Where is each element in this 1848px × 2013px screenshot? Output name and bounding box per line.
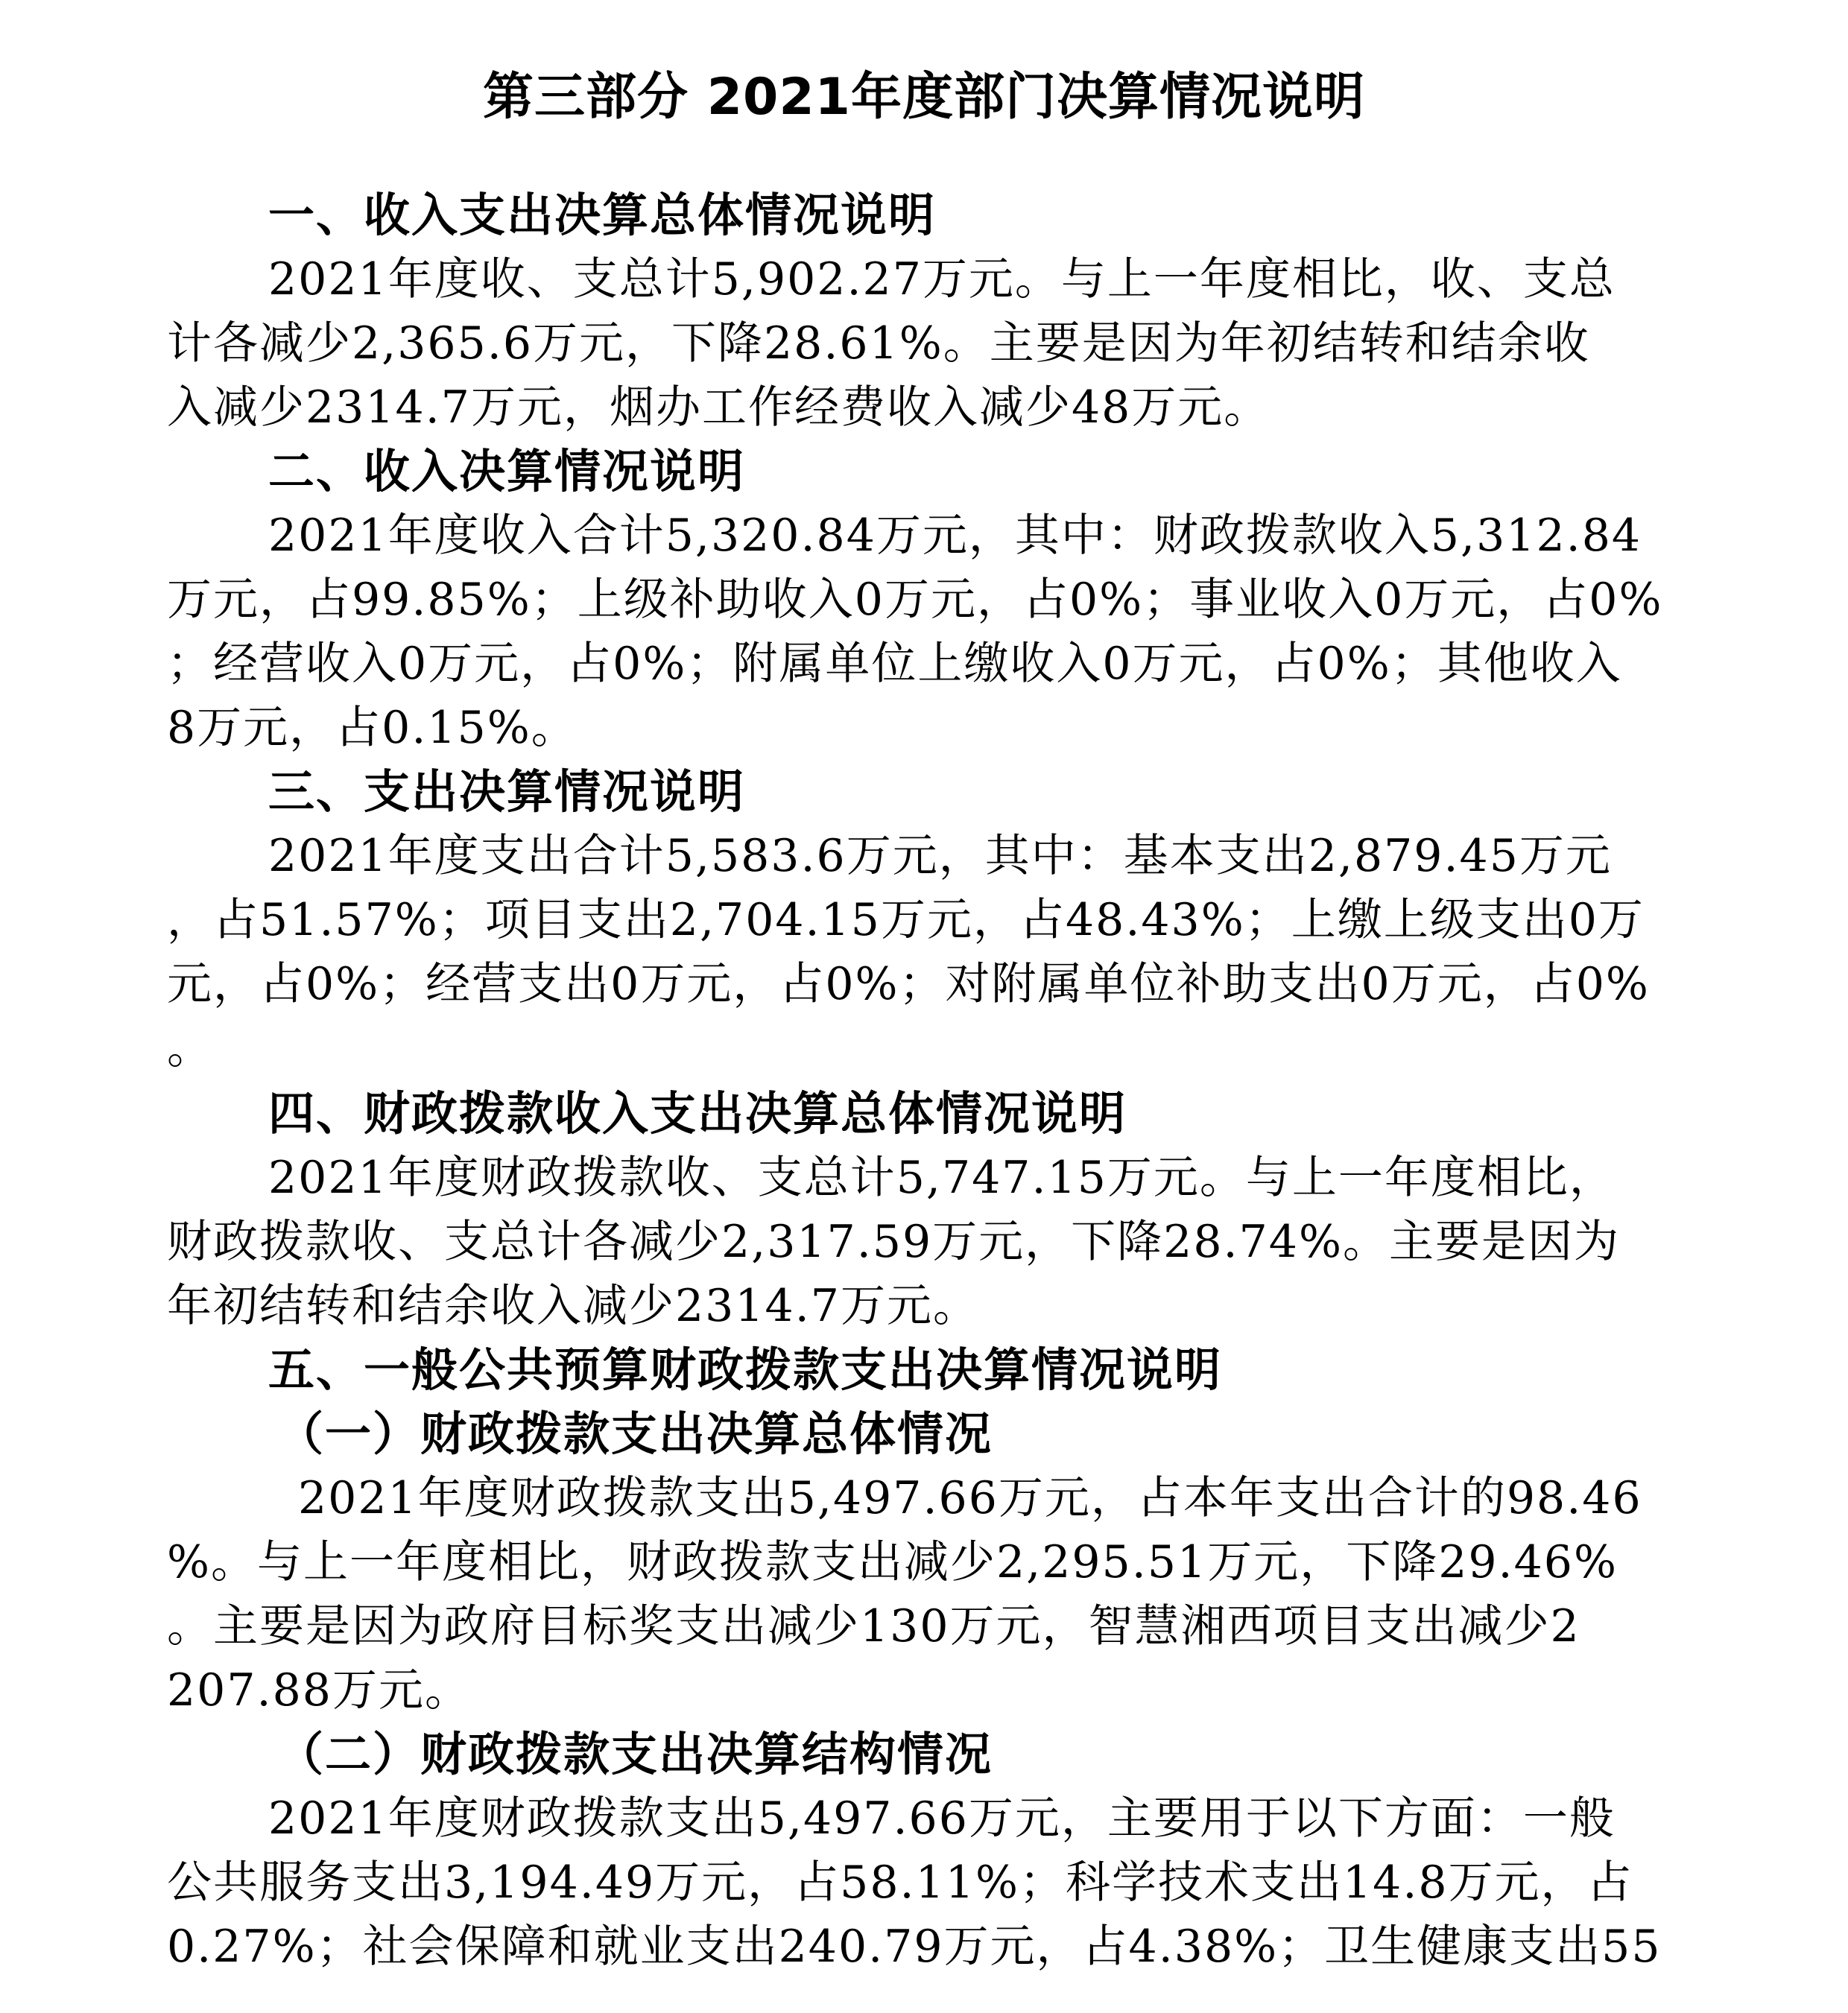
paragraph-line: 计各减少2,365.6万元，下降28.61%。主要是因为年初结转和结余收 bbox=[167, 311, 1665, 375]
paragraph-line: 财政拨款收、支总计各减少2,317.59万元，下降28.74%。主要是因为 bbox=[167, 1210, 1665, 1274]
paragraph-line: 元，占0%；经营支出0万元，占0%；对附属单位补助支出0万元，占0% bbox=[167, 952, 1665, 1016]
paragraph-line: 2021年度收入合计5,320.84万元，其中：财政拨款收入5,312.84 bbox=[268, 504, 1766, 568]
paragraph-line: %。与上一年度相比，财政拨款支出减少2,295.51万元，下降29.46% bbox=[167, 1530, 1665, 1594]
paragraph-line: 2021年度收、支总计5,902.27万元。与上一年度相比，收、支总 bbox=[268, 247, 1766, 311]
paragraph-line: 0.27%；社会保障和就业支出240.79万元，占4.38%；卫生健康支出55 bbox=[167, 1915, 1665, 1979]
page-title: 第三部分 2021年度部门决算情况说明 bbox=[0, 66, 1848, 130]
paragraph-line: 。主要是因为政府目标奖支出减少130万元，智慧湘西项目支出减少2 bbox=[167, 1594, 1665, 1658]
section-heading-5: 五、一般公共预算财政拨款支出决算情况说明 bbox=[268, 1338, 1766, 1402]
paragraph-line: 2021年度财政拨款收、支总计5,747.15万元。与上一年度相比， bbox=[268, 1146, 1766, 1210]
section-heading-4: 四、财政拨款收入支出决算总体情况说明 bbox=[268, 1082, 1766, 1146]
paragraph-line: 。 bbox=[167, 1016, 1665, 1080]
section-heading-3: 三、支出决算情况说明 bbox=[268, 760, 1766, 824]
section-heading-2: 二、收入决算情况说明 bbox=[268, 440, 1766, 504]
paragraph-line: 万元，占99.85%；上级补助收入0万元，占0%；事业收入0万元，占0% bbox=[167, 568, 1665, 632]
paragraph-line: 207.88万元。 bbox=[167, 1658, 1665, 1722]
paragraph-line: 年初结转和结余收入减少2314.7万元。 bbox=[167, 1274, 1665, 1338]
paragraph-line: 2021年度支出合计5,583.6万元，其中：基本支出2,879.45万元 bbox=[268, 824, 1766, 888]
paragraph-line: 入减少2314.7万元，烟办工作经费收入减少48万元。 bbox=[167, 375, 1665, 440]
paragraph-line: ；经营收入0万元，占0%；附属单位上缴收入0万元，占0%；其他收入 bbox=[167, 632, 1665, 696]
section-heading-1: 一、收入支出决算总体情况说明 bbox=[268, 183, 1766, 247]
paragraph-line: 公共服务支出3,194.49万元，占58.11%；科学技术支出14.8万元，占 bbox=[167, 1851, 1665, 1915]
paragraph-line: ，占51.57%；项目支出2,704.15万元，占48.43%；上缴上级支出0万 bbox=[167, 888, 1665, 952]
paragraph-line: 2021年度财政拨款支出5,497.66万元，主要用于以下方面：一般 bbox=[268, 1787, 1766, 1851]
document-page: 第三部分 2021年度部门决算情况说明 一、收入支出决算总体情况说明 2021年… bbox=[0, 0, 1848, 2013]
paragraph-line: 8万元，占0.15%。 bbox=[167, 696, 1665, 760]
paragraph-line: 2021年度财政拨款支出5,497.66万元，占本年支出合计的98.46 bbox=[298, 1466, 1796, 1530]
subsection-heading-2: （二）财政拨款支出决算结构情况 bbox=[277, 1722, 1775, 1787]
subsection-heading-1: （一）财政拨款支出决算总体情况 bbox=[277, 1402, 1775, 1466]
